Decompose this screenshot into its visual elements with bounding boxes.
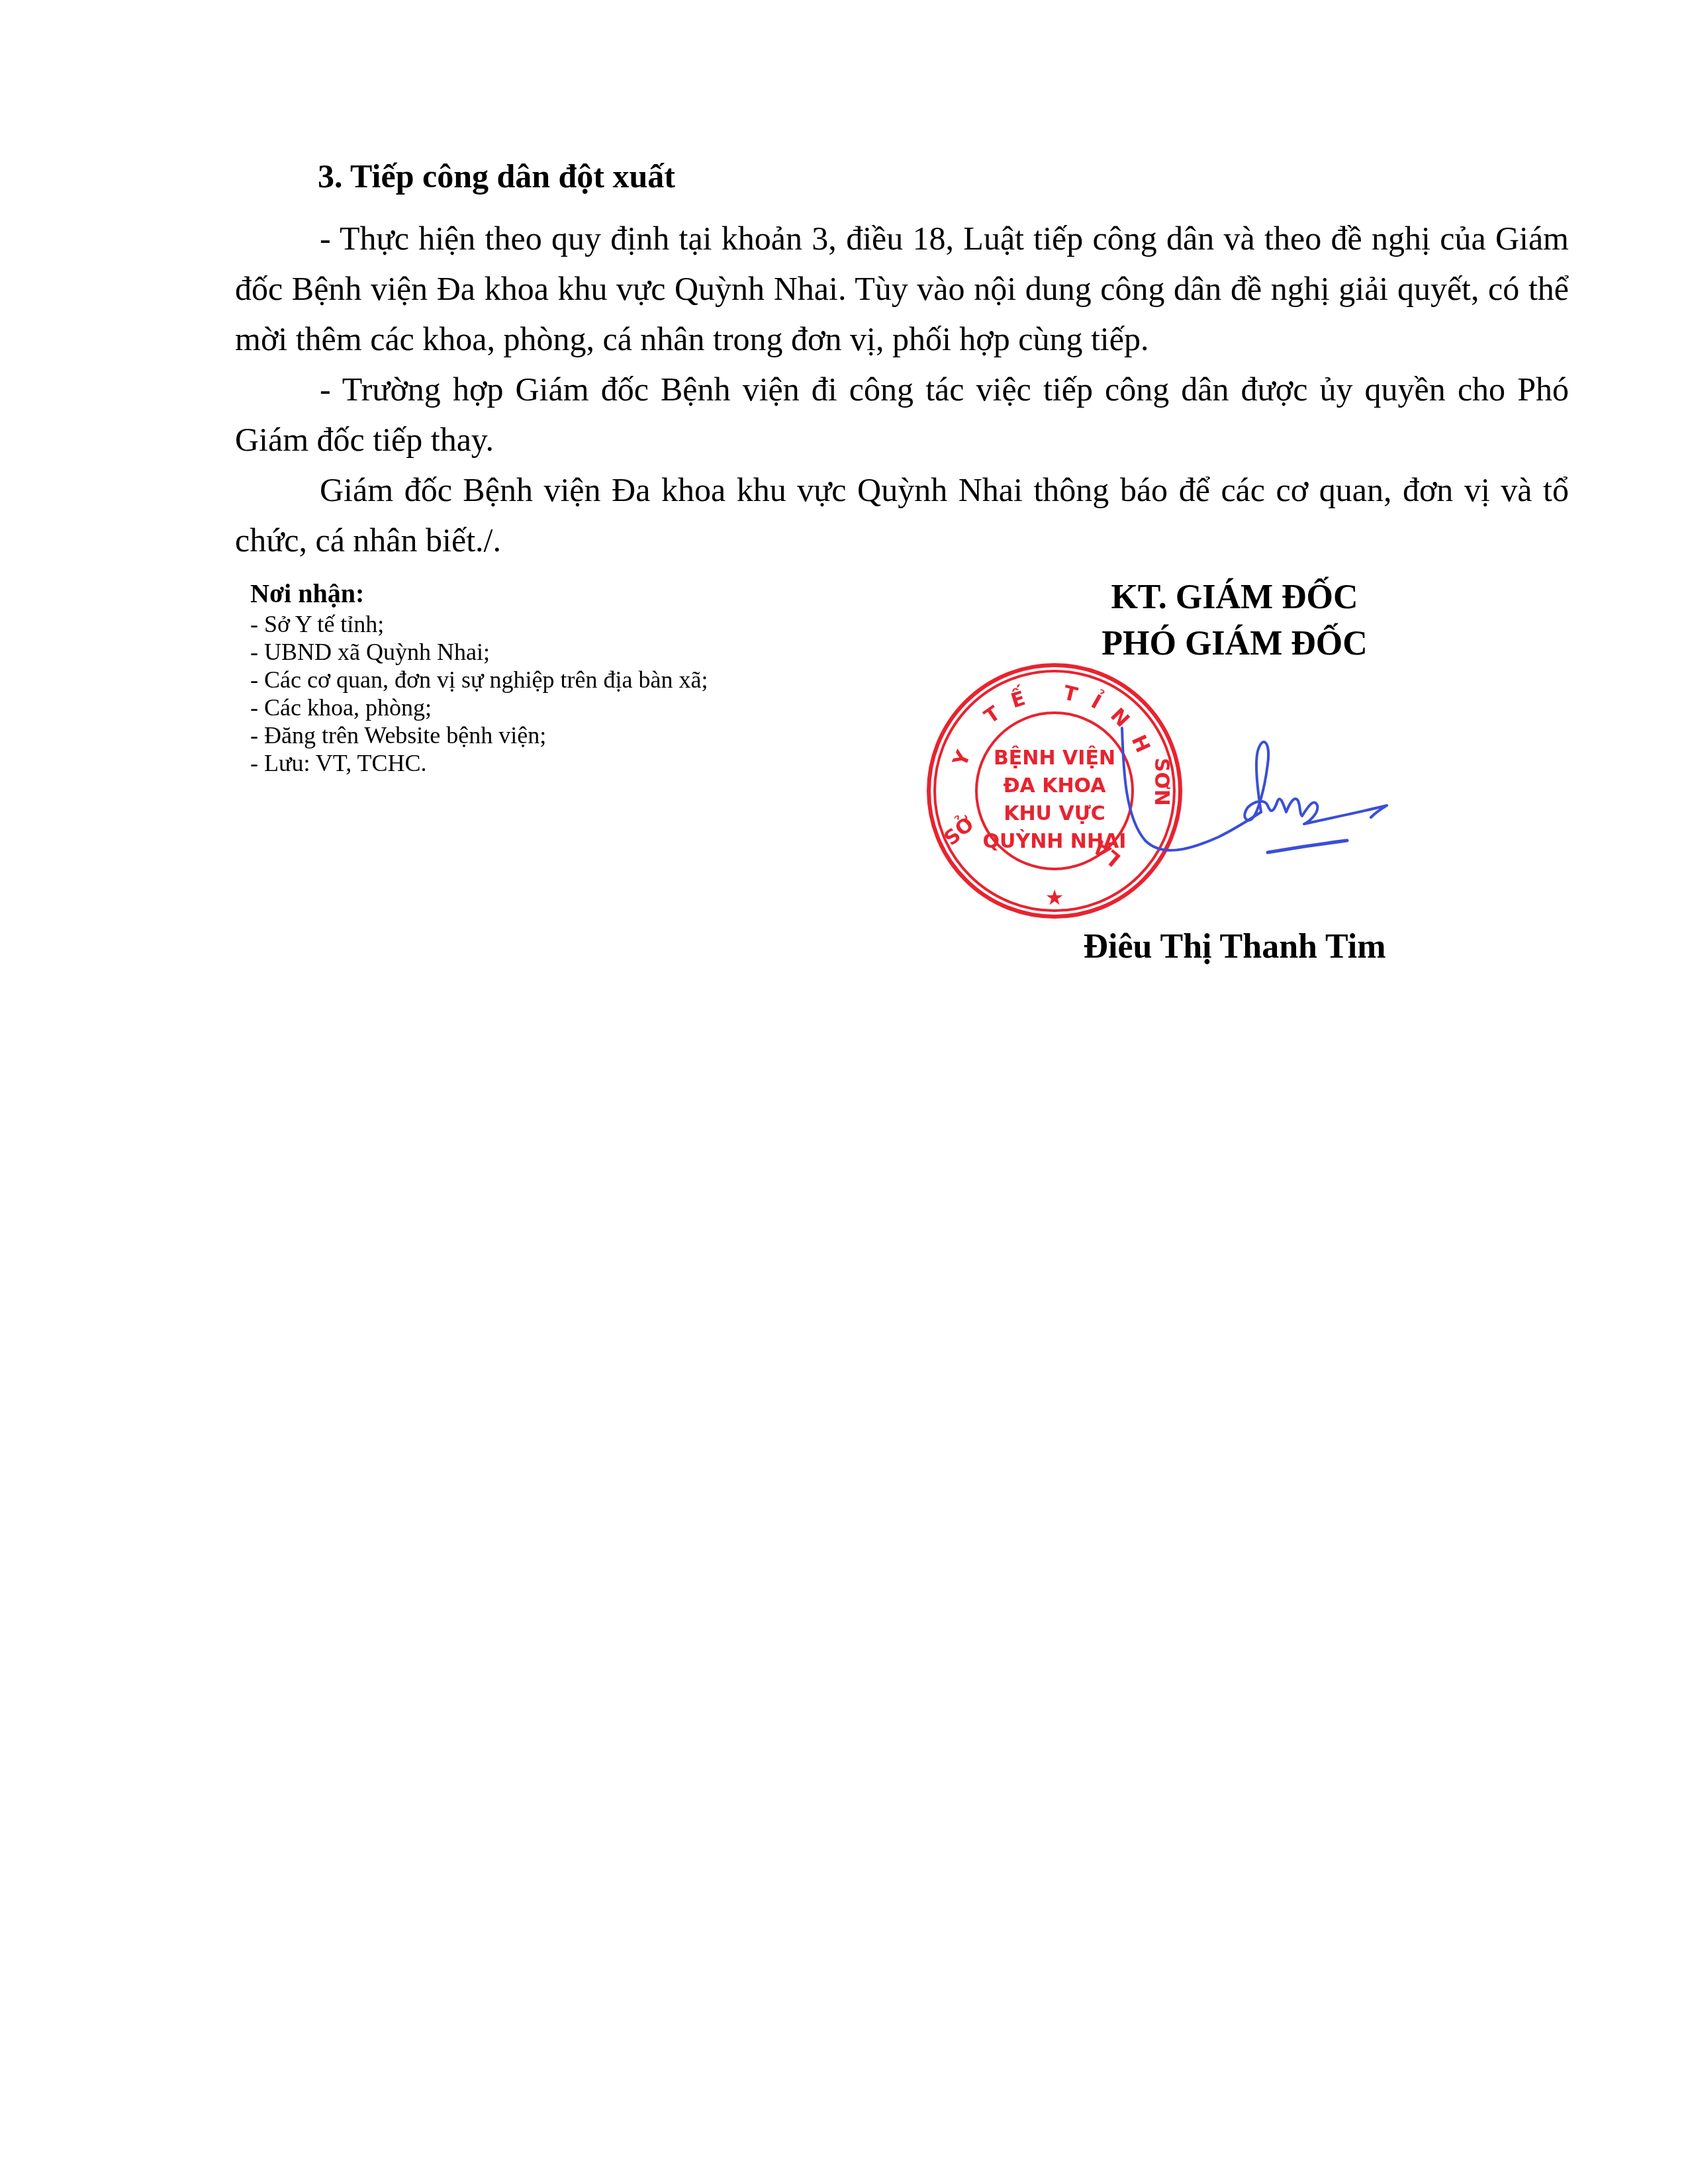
signature-title-line1: KT. GIÁM ĐỐC <box>1006 574 1463 621</box>
recipient-item: - Sở Y tế tỉnh; <box>250 610 912 638</box>
recipients-title: Nơi nhận: <box>250 577 912 610</box>
stamp-and-signature: Y TẾ TỈNH SỞ SƠN LA ★ BỆNH VIỆN ĐA KHOA … <box>923 659 1400 923</box>
recipients-list: - Sở Y tế tỉnh; - UBND xã Quỳnh Nhai; - … <box>250 610 912 777</box>
body-paragraph: - Thực hiện theo quy định tại khoản 3, đ… <box>235 213 1569 364</box>
section-heading: 3. Tiếp công dân đột xuất <box>318 156 675 196</box>
signature-block: KT. GIÁM ĐỐC PHÓ GIÁM ĐỐC <box>1006 574 1463 667</box>
official-stamp-icon: Y TẾ TỈNH SỞ SƠN LA ★ BỆNH VIỆN ĐA KHOA … <box>923 659 1400 923</box>
body-paragraph: - Trường hợp Giám đốc Bệnh viện đi công … <box>235 364 1569 465</box>
stamp-ring-left-text: SỞ <box>937 810 978 850</box>
recipient-item: - UBND xã Quỳnh Nhai; <box>250 638 912 666</box>
svg-text:KHU VỰC: KHU VỰC <box>1004 802 1105 825</box>
stamp-center-text: BỆNH VIỆN ĐA KHOA KHU VỰC QUỲNH NHAI <box>983 745 1127 853</box>
recipient-item: - Đăng trên Website bệnh viện; <box>250 721 912 749</box>
recipient-item: - Lưu: VT, TCHC. <box>250 749 912 777</box>
paragraph-text: Giám đốc Bệnh viện Đa khoa khu vực Quỳnh… <box>235 471 1569 559</box>
body-paragraph: Giám đốc Bệnh viện Đa khoa khu vực Quỳnh… <box>235 465 1569 565</box>
svg-text:ĐA KHOA: ĐA KHOA <box>1003 774 1106 797</box>
recipient-item: - Các khoa, phòng; <box>250 694 912 721</box>
signer-name: Điêu Thị Thanh Tim <box>1006 925 1463 969</box>
svg-text:BỆNH VIỆN: BỆNH VIỆN <box>994 745 1115 770</box>
document-page: 3. Tiếp công dân đột xuất - Thực hiện th… <box>0 0 1688 2184</box>
stamp-ring-right-text: SƠN <box>1150 758 1173 806</box>
stamp-star: ★ <box>1045 885 1064 910</box>
svg-text:QUỲNH NHAI: QUỲNH NHAI <box>983 829 1127 853</box>
recipient-item: - Các cơ quan, đơn vị sự nghiệp trên địa… <box>250 666 912 694</box>
paragraph-text: - Thực hiện theo quy định tại khoản 3, đ… <box>235 220 1569 357</box>
paragraph-text: - Trường hợp Giám đốc Bệnh viện đi công … <box>235 371 1569 458</box>
recipients-block: Nơi nhận: - Sở Y tế tỉnh; - UBND xã Quỳn… <box>250 577 912 777</box>
